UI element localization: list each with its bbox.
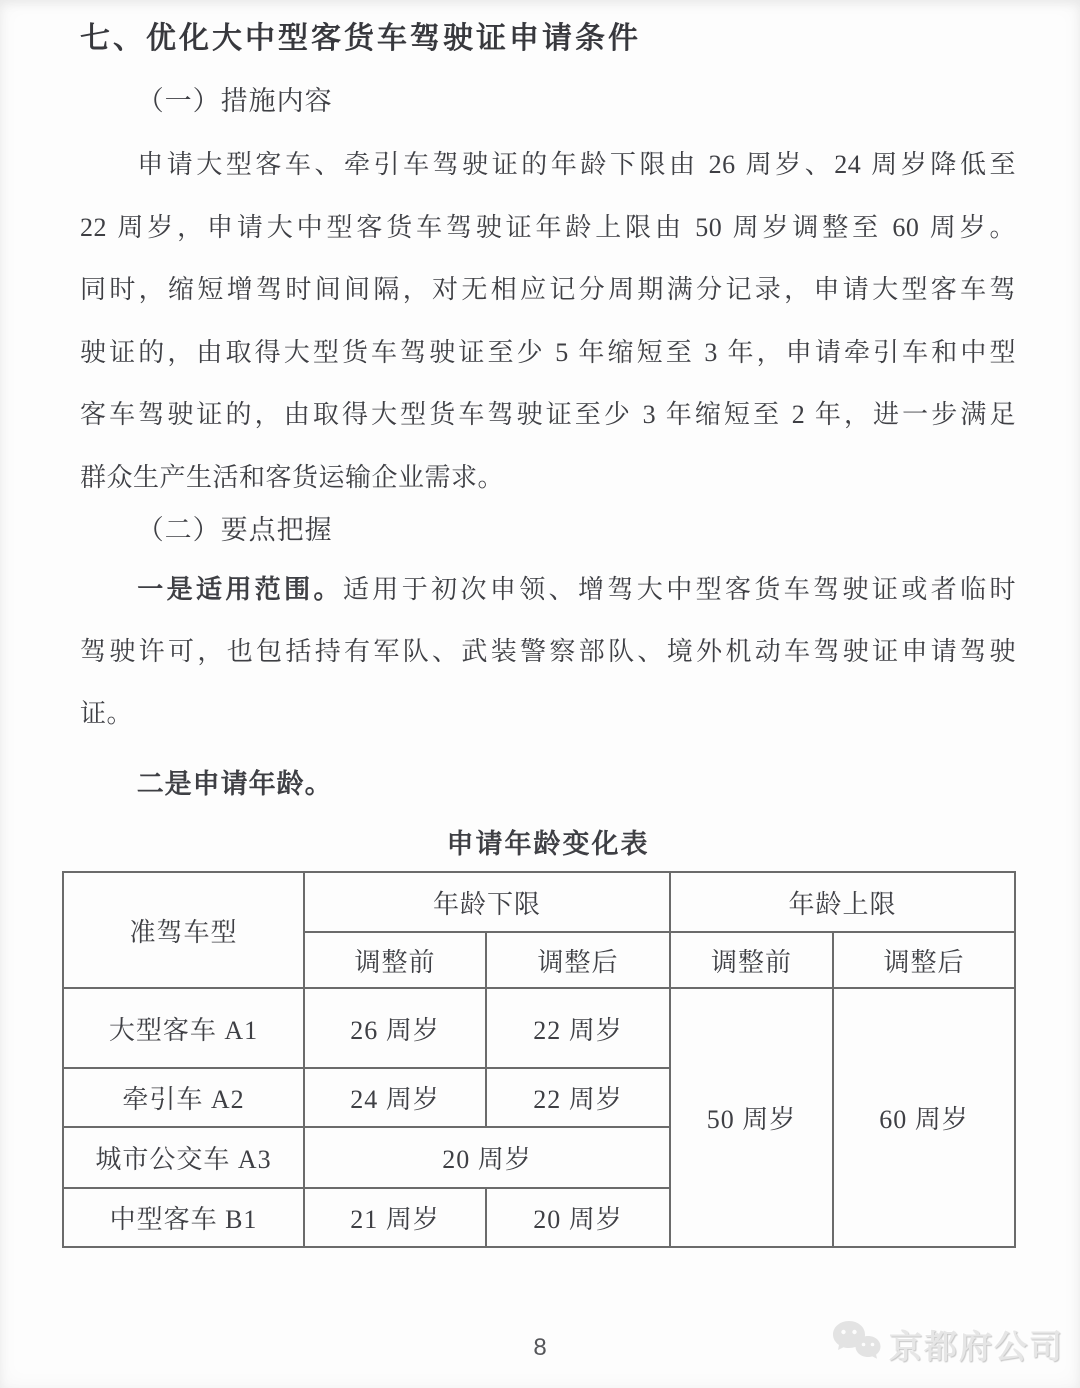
paragraph-line: 22 周岁，申请大中型客货车驾驶证年龄上限由 50 周岁调整至 60 周岁。 [80, 197, 1016, 260]
table-title: 申请年龄变化表 [80, 827, 1016, 861]
subheader-after-adjust: 调整后 [833, 932, 1015, 988]
paragraph-line: 驶证的，由取得大型货车驾驶证至少 5 年缩短至 3 年，申请牵引车和中型 [80, 322, 1016, 385]
cell-upper-after-merged: 60 周岁 [833, 988, 1015, 1247]
age-change-table: 准驾车型 年龄下限 年龄上限 调整前 调整后 调整前 调整后 大型客车 A1 2… [62, 871, 1016, 1248]
wechat-icon [831, 1319, 883, 1370]
subheader-before-adjust: 调整前 [670, 932, 833, 988]
paragraph-line: 群众生产生活和客货运输企业需求。 [80, 447, 1016, 510]
header-age-lower-limit: 年龄下限 [304, 872, 670, 932]
watermark: 京都府公司 [831, 1319, 1064, 1370]
header-vehicle-type: 准驾车型 [63, 872, 304, 988]
paragraph-line: 一是适用范围。适用于初次申领、增驾大中型客货车驾驶证或者临时 [80, 559, 1016, 621]
subheader-before-adjust: 调整前 [304, 932, 486, 988]
cell-lower-merged: 20 周岁 [304, 1127, 670, 1188]
table-header-row: 准驾车型 年龄下限 年龄上限 [63, 872, 1015, 932]
cell-vehicle: 牵引车 A2 [63, 1068, 304, 1127]
point1-lead: 一是适用范围。 [137, 575, 343, 604]
paragraph-line: 证。 [80, 683, 1016, 745]
paragraph-line: 客车驾驶证的，由取得大型货车驾驶证至少 3 年缩短至 2 年，进一步满足 [80, 384, 1016, 447]
section2-heading: （二）要点把握 [80, 513, 1016, 547]
cell-vehicle: 中型客车 B1 [63, 1188, 304, 1247]
section1-heading: （一）措施内容 [80, 84, 1016, 118]
subheader-after-adjust: 调整后 [486, 932, 670, 988]
document-page: 七、优化大中型客货车驾驶证申请条件 （一）措施内容 申请大型客车、牵引车驾驶证的… [0, 0, 1080, 1388]
section1-paragraph: 申请大型客车、牵引车驾驶证的年龄下限由 26 周岁、24 周岁降低至 22 周岁… [80, 134, 1016, 509]
cell-lower-after: 20 周岁 [486, 1188, 670, 1247]
cell-vehicle: 城市公交车 A3 [63, 1127, 304, 1188]
point1-text: 适用于初次申领、增驾大中型客货车驾驶证或者临时 [343, 575, 1016, 604]
cell-lower-before: 21 周岁 [304, 1188, 486, 1247]
header-age-upper-limit: 年龄上限 [670, 872, 1015, 932]
cell-lower-after: 22 周岁 [486, 988, 670, 1068]
paragraph-line: 驾驶许可，也包括持有军队、武装警察部队、境外机动车驾驶证申请驾驶 [80, 621, 1016, 683]
cell-lower-after: 22 周岁 [486, 1068, 670, 1127]
page-number: 8 [533, 1334, 546, 1362]
document-content: 七、优化大中型客货车驾驶证申请条件 （一）措施内容 申请大型客车、牵引车驾驶证的… [0, 0, 1080, 1248]
cell-lower-before: 24 周岁 [304, 1068, 486, 1127]
paragraph-line: 申请大型客车、牵引车驾驶证的年龄下限由 26 周岁、24 周岁降低至 [80, 134, 1016, 197]
paragraph-line: 同时，缩短增驾时间间隔，对无相应记分周期满分记录，申请大型客车驾 [80, 259, 1016, 322]
watermark-text: 京都府公司 [889, 1321, 1064, 1368]
point2-lead: 二是申请年龄。 [80, 767, 1016, 801]
page-title: 七、优化大中型客货车驾驶证申请条件 [80, 16, 1016, 62]
cell-lower-before: 26 周岁 [304, 988, 486, 1068]
point1-paragraph: 一是适用范围。适用于初次申领、增驾大中型客货车驾驶证或者临时 驾驶许可，也包括持… [80, 559, 1016, 745]
cell-vehicle: 大型客车 A1 [63, 988, 304, 1068]
cell-upper-before-merged: 50 周岁 [670, 988, 833, 1247]
table-row: 大型客车 A1 26 周岁 22 周岁 50 周岁 60 周岁 [63, 988, 1015, 1068]
